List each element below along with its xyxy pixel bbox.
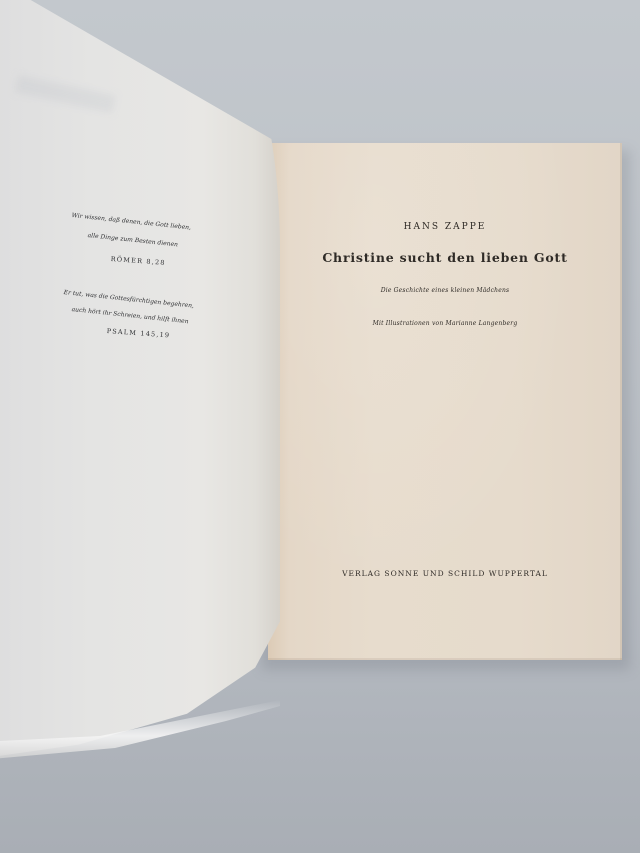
book-photo-scene: HANS ZAPPE Christine sucht den lieben Go… [0,0,640,853]
title-page: HANS ZAPPE Christine sucht den lieben Go… [268,143,622,660]
book-subtitle: Die Geschichte eines kleinen Mädchens [268,287,622,294]
publisher-line: VERLAG SONNE UND SCHILD WUPPERTAL [268,569,622,578]
author-name: HANS ZAPPE [268,222,622,232]
flyleaf-page [0,0,280,760]
page-smudge [14,75,116,113]
book-title: Christine sucht den lieben Gott [268,250,622,265]
illustrator-credit: Mit Illustrationen von Marianne Langenbe… [268,320,622,327]
